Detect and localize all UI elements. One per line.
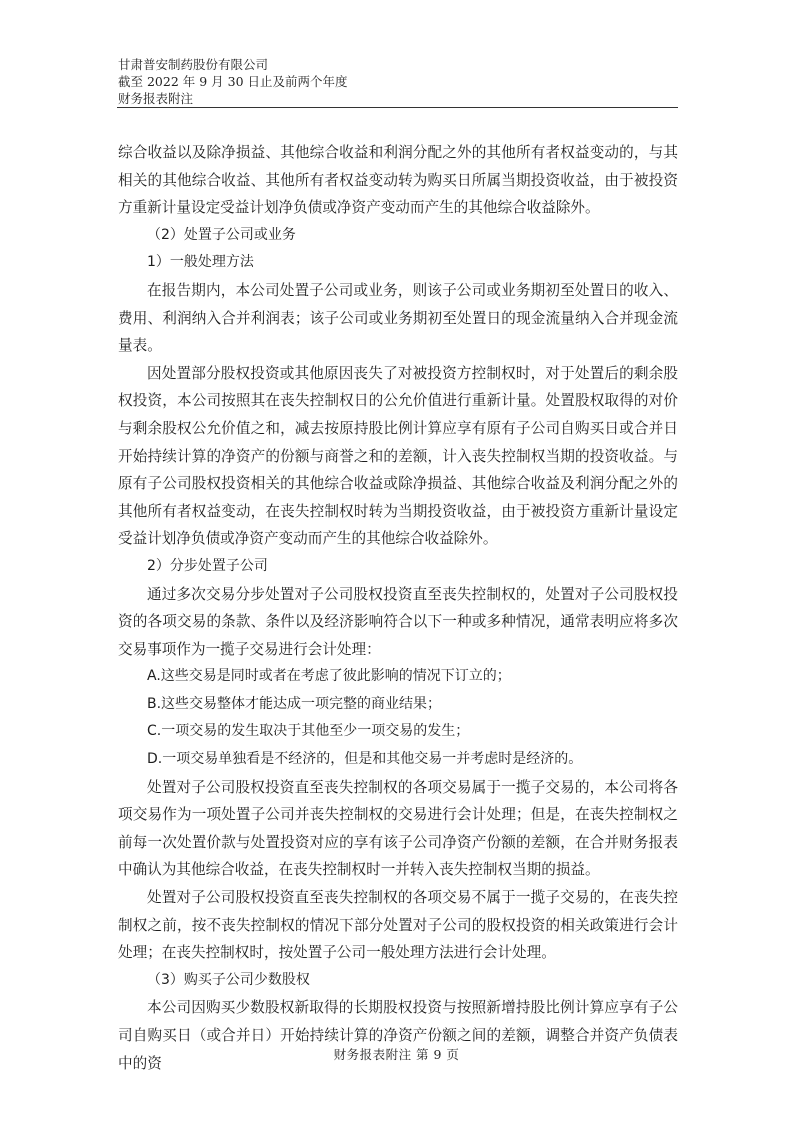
paragraph-continued: 综合收益以及除净损益、其他综合收益和利润分配之外的其他所有者权益变动的，与其相关… (118, 139, 678, 222)
report-period: 截至 2022 年 9 月 30 日止及前两个年度 (118, 73, 678, 90)
subsection-heading-general: 1）一般处理方法 (118, 249, 678, 277)
paragraph-loss-of-control: 因处置部分股权投资或其他原因丧失了对被投资方控制权时，对于处置后的剩余股权投资，… (118, 360, 678, 553)
list-item-d: D.一项交易单独看是不经济的，但是和其他交易一并考虑时是经济的。 (118, 746, 678, 774)
page-footer: 财务报表附注 第 9 页 (0, 1045, 793, 1063)
paragraph-package-deal: 处置对子公司股权投资直至丧失控制权的各项交易属于一揽子交易的，本公司将各项交易作… (118, 774, 678, 884)
page-header: 甘肃普安制药股份有限公司 截至 2022 年 9 月 30 日止及前两个年度 财… (118, 56, 678, 107)
company-name: 甘肃普安制药股份有限公司 (118, 56, 678, 73)
document-body: 综合收益以及除净损益、其他综合收益和利润分配之外的其他所有者权益变动的，与其相关… (118, 139, 678, 1077)
paragraph-minority-purchase: 本公司因购买少数股权新取得的长期股权投资与按照新增持股比例计算应享有子公司自购买… (118, 994, 678, 1077)
section-heading-disposal: （2）处置子公司或业务 (118, 222, 678, 250)
header-divider (117, 107, 678, 108)
list-item-a: A.这些交易是同时或者在考虑了彼此影响的情况下订立的； (118, 663, 678, 691)
paragraph-non-package-deal: 处置对子公司股权投资直至丧失控制权的各项交易不属于一揽子交易的，在丧失控制权之前… (118, 884, 678, 967)
subsection-heading-stepwise: 2）分步处置子公司 (118, 553, 678, 581)
list-item-c: C.一项交易的发生取决于其他至少一项交易的发生； (118, 718, 678, 746)
section-heading-minority-purchase: （3）购买子公司少数股权 (118, 967, 678, 995)
paragraph-stepwise-intro: 通过多次交易分步处置对子公司股权投资直至丧失控制权的，处置对子公司股权投资的各项… (118, 581, 678, 664)
list-item-b: B.这些交易整体才能达成一项完整的商业结果； (118, 691, 678, 719)
document-title: 财务报表附注 (118, 90, 678, 107)
paragraph-general-method: 在报告期内，本公司处置子公司或业务，则该子公司或业务期初至处置日的收入、费用、利… (118, 277, 678, 360)
